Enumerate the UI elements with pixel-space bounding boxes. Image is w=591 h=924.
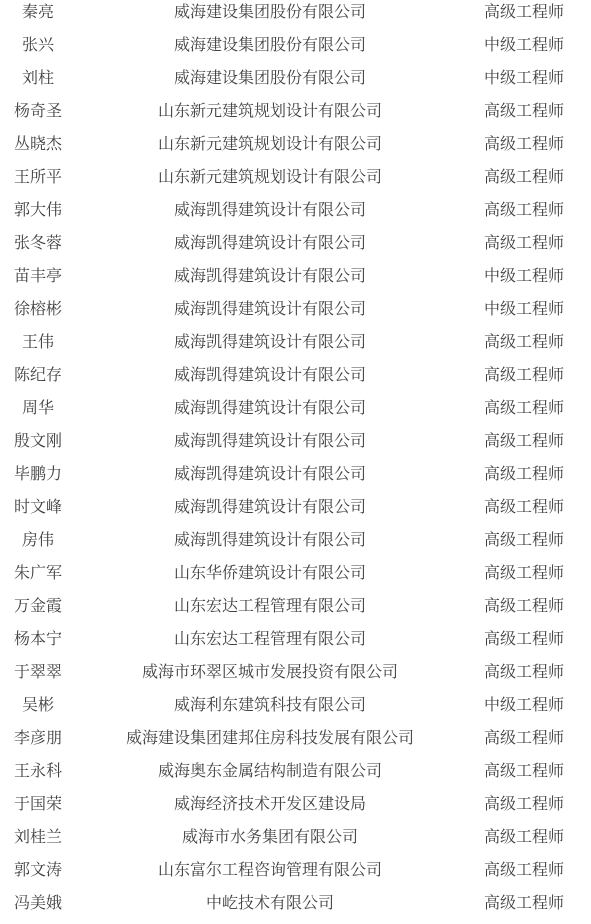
name-cell: 万金霞: [0, 599, 76, 615]
title-cell: 高级工程师: [464, 203, 591, 219]
name-cell: 李彦朋: [0, 731, 76, 747]
table-row: 杨本宁 山东宏达工程管理有限公司 高级工程师: [0, 627, 591, 660]
table-row: 王伟 威海凯得建筑设计有限公司 高级工程师: [0, 330, 591, 363]
name-cell: 杨本宁: [0, 632, 76, 648]
table-row: 房伟 威海凯得建筑设计有限公司 高级工程师: [0, 528, 591, 561]
table-row: 周华 威海凯得建筑设计有限公司 高级工程师: [0, 396, 591, 429]
name-cell: 秦亮: [0, 5, 76, 21]
name-cell: 刘柱: [0, 71, 76, 87]
name-cell: 陈纪存: [0, 368, 76, 384]
name-cell: 吴彬: [0, 698, 76, 714]
title-cell: 高级工程师: [464, 566, 591, 582]
company-cell: 山东新元建筑规划设计有限公司: [76, 170, 464, 186]
title-cell: 中级工程师: [464, 269, 591, 285]
table-row: 郭大伟 威海凯得建筑设计有限公司 高级工程师: [0, 198, 591, 231]
table-row: 于国荣 威海经济技术开发区建设局 高级工程师: [0, 792, 591, 825]
name-cell: 房伟: [0, 533, 76, 549]
company-cell: 威海经济技术开发区建设局: [76, 797, 464, 813]
company-cell: 威海凯得建筑设计有限公司: [76, 500, 464, 516]
company-cell: 山东新元建筑规划设计有限公司: [76, 137, 464, 153]
name-cell: 苗丰亭: [0, 269, 76, 285]
company-cell: 威海建设集团股份有限公司: [76, 5, 464, 21]
title-cell: 高级工程师: [464, 170, 591, 186]
title-cell: 高级工程师: [464, 434, 591, 450]
company-cell: 山东宏达工程管理有限公司: [76, 632, 464, 648]
company-cell: 山东新元建筑规划设计有限公司: [76, 104, 464, 120]
name-cell: 时文峰: [0, 500, 76, 516]
roster-table: 秦亮 威海建设集团股份有限公司 高级工程师 张兴 威海建设集团股份有限公司 中级…: [0, 0, 591, 924]
company-cell: 威海凯得建筑设计有限公司: [76, 434, 464, 450]
name-cell: 王永科: [0, 764, 76, 780]
title-cell: 高级工程师: [464, 896, 591, 912]
table-row: 张兴 威海建设集团股份有限公司 中级工程师: [0, 33, 591, 66]
table-row: 丛晓杰 山东新元建筑规划设计有限公司 高级工程师: [0, 132, 591, 165]
name-cell: 王伟: [0, 335, 76, 351]
table-row: 冯美娥 中屹技术有限公司 高级工程师: [0, 891, 591, 924]
title-cell: 高级工程师: [464, 599, 591, 615]
company-cell: 威海建设集团股份有限公司: [76, 38, 464, 54]
company-cell: 威海市水务集团有限公司: [76, 830, 464, 846]
name-cell: 于翠翠: [0, 665, 76, 681]
company-cell: 威海凯得建筑设计有限公司: [76, 236, 464, 252]
name-cell: 朱广军: [0, 566, 76, 582]
name-cell: 郭文涛: [0, 863, 76, 879]
title-cell: 中级工程师: [464, 38, 591, 54]
table-row: 万金霞 山东宏达工程管理有限公司 高级工程师: [0, 594, 591, 627]
table-row: 秦亮 威海建设集团股份有限公司 高级工程师: [0, 0, 591, 33]
table-row: 朱广军 山东华侨建筑设计有限公司 高级工程师: [0, 561, 591, 594]
title-cell: 高级工程师: [464, 764, 591, 780]
title-cell: 高级工程师: [464, 236, 591, 252]
name-cell: 徐榕彬: [0, 302, 76, 318]
company-cell: 山东华侨建筑设计有限公司: [76, 566, 464, 582]
company-cell: 威海凯得建筑设计有限公司: [76, 533, 464, 549]
name-cell: 王所平: [0, 170, 76, 186]
table-row: 殷文刚 威海凯得建筑设计有限公司 高级工程师: [0, 429, 591, 462]
title-cell: 高级工程师: [464, 830, 591, 846]
table-row: 徐榕彬 威海凯得建筑设计有限公司 中级工程师: [0, 297, 591, 330]
title-cell: 高级工程师: [464, 731, 591, 747]
title-cell: 中级工程师: [464, 698, 591, 714]
company-cell: 威海凯得建筑设计有限公司: [76, 467, 464, 483]
table-row: 陈纪存 威海凯得建筑设计有限公司 高级工程师: [0, 363, 591, 396]
table-row: 时文峰 威海凯得建筑设计有限公司 高级工程师: [0, 495, 591, 528]
title-cell: 高级工程师: [464, 104, 591, 120]
name-cell: 周华: [0, 401, 76, 417]
company-cell: 威海凯得建筑设计有限公司: [76, 302, 464, 318]
name-cell: 张冬蓉: [0, 236, 76, 252]
company-cell: 威海凯得建筑设计有限公司: [76, 335, 464, 351]
company-cell: 威海建设集团股份有限公司: [76, 71, 464, 87]
title-cell: 高级工程师: [464, 5, 591, 21]
company-cell: 威海凯得建筑设计有限公司: [76, 203, 464, 219]
company-cell: 中屹技术有限公司: [76, 896, 464, 912]
company-cell: 山东富尔工程咨询管理有限公司: [76, 863, 464, 879]
title-cell: 高级工程师: [464, 368, 591, 384]
name-cell: 郭大伟: [0, 203, 76, 219]
table-row: 杨奇圣 山东新元建筑规划设计有限公司 高级工程师: [0, 99, 591, 132]
title-cell: 高级工程师: [464, 863, 591, 879]
title-cell: 中级工程师: [464, 302, 591, 318]
table-row: 吴彬 威海利东建筑科技有限公司 中级工程师: [0, 693, 591, 726]
company-cell: 威海利东建筑科技有限公司: [76, 698, 464, 714]
name-cell: 毕鹏力: [0, 467, 76, 483]
table-row: 王所平 山东新元建筑规划设计有限公司 高级工程师: [0, 165, 591, 198]
table-row: 毕鹏力 威海凯得建筑设计有限公司 高级工程师: [0, 462, 591, 495]
title-cell: 高级工程师: [464, 500, 591, 516]
table-row: 李彦朋 威海建设集团建邦住房科技发展有限公司 高级工程师: [0, 726, 591, 759]
table-row: 郭文涛 山东富尔工程咨询管理有限公司 高级工程师: [0, 858, 591, 891]
title-cell: 高级工程师: [464, 401, 591, 417]
company-cell: 威海建设集团建邦住房科技发展有限公司: [76, 731, 464, 747]
title-cell: 高级工程师: [464, 797, 591, 813]
name-cell: 杨奇圣: [0, 104, 76, 120]
title-cell: 高级工程师: [464, 533, 591, 549]
name-cell: 于国荣: [0, 797, 76, 813]
name-cell: 刘桂兰: [0, 830, 76, 846]
company-cell: 威海凯得建筑设计有限公司: [76, 269, 464, 285]
title-cell: 高级工程师: [464, 665, 591, 681]
name-cell: 冯美娥: [0, 896, 76, 912]
title-cell: 高级工程师: [464, 335, 591, 351]
name-cell: 张兴: [0, 38, 76, 54]
table-row: 刘柱 威海建设集团股份有限公司 中级工程师: [0, 66, 591, 99]
company-cell: 山东宏达工程管理有限公司: [76, 599, 464, 615]
table-row: 王永科 威海奥东金属结构制造有限公司 高级工程师: [0, 759, 591, 792]
company-cell: 威海凯得建筑设计有限公司: [76, 368, 464, 384]
title-cell: 高级工程师: [464, 632, 591, 648]
title-cell: 中级工程师: [464, 71, 591, 87]
table-row: 于翠翠 威海市环翠区城市发展投资有限公司 高级工程师: [0, 660, 591, 693]
title-cell: 高级工程师: [464, 137, 591, 153]
name-cell: 丛晓杰: [0, 137, 76, 153]
title-cell: 高级工程师: [464, 467, 591, 483]
name-cell: 殷文刚: [0, 434, 76, 450]
company-cell: 威海市环翠区城市发展投资有限公司: [76, 665, 464, 681]
table-row: 刘桂兰 威海市水务集团有限公司 高级工程师: [0, 825, 591, 858]
table-row: 张冬蓉 威海凯得建筑设计有限公司 高级工程师: [0, 231, 591, 264]
company-cell: 威海凯得建筑设计有限公司: [76, 401, 464, 417]
table-row: 苗丰亭 威海凯得建筑设计有限公司 中级工程师: [0, 264, 591, 297]
company-cell: 威海奥东金属结构制造有限公司: [76, 764, 464, 780]
